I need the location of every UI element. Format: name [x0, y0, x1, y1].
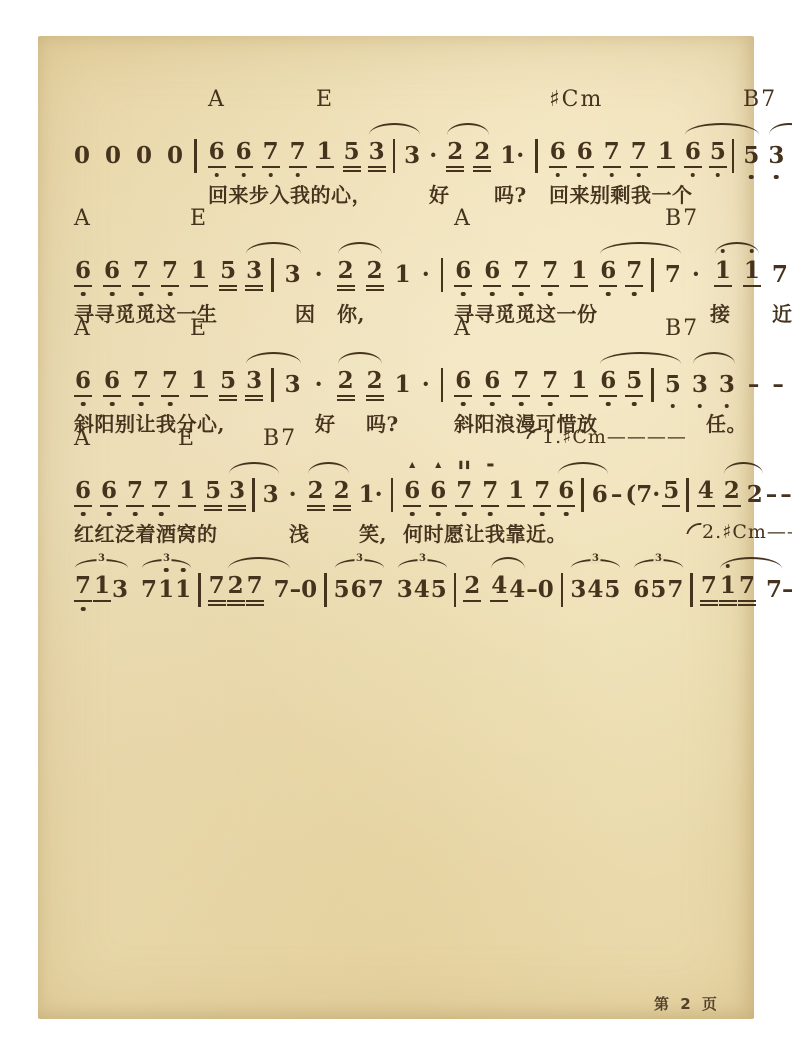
note-token: 7 [141, 577, 157, 602]
chord-label: A [74, 207, 92, 231]
note-token: 0 [167, 143, 183, 168]
low-octave-dot-icon [214, 173, 219, 178]
note-token: – [766, 482, 778, 507]
low-octave-dot-icon [462, 512, 467, 517]
low-octave-dot-icon [241, 173, 246, 178]
note-token: 7 [161, 258, 179, 287]
note-token: 7 [665, 262, 681, 287]
slur-arc-icon [246, 352, 301, 364]
page-number: 第 2 页 [654, 997, 720, 1012]
note-token: –0 [526, 577, 554, 602]
low-octave-dot-icon [691, 173, 696, 178]
slur-arc-icon [769, 123, 792, 135]
low-octave-dot-icon [583, 173, 588, 178]
note-token: · [422, 262, 430, 287]
note-token: 5 [219, 368, 237, 397]
note-token: 6 [454, 258, 472, 287]
note-token: 6▲ [429, 478, 447, 507]
barline-icon [441, 258, 444, 292]
note-token: 7 [512, 258, 530, 287]
note-token: 5 [604, 577, 620, 602]
chord-row: 2.♯Cm—— [74, 522, 738, 548]
note-token: 7 [246, 573, 264, 602]
low-octave-dot-icon [716, 173, 721, 178]
ending-label: 1.♯Cm———— [528, 427, 687, 448]
low-octave-dot-icon [295, 173, 300, 178]
music-system: AEAB766771533·221·66771677·117寻寻觅觅这一生因你,… [74, 207, 738, 329]
accent-mark-icon: ❚❚ [458, 460, 471, 468]
note-token: 6 [557, 478, 575, 507]
triplet-arc-icon: 3 [335, 559, 384, 568]
high-octave-dot-icon [164, 568, 169, 573]
chord-label: A [454, 317, 472, 341]
note-token: 6 [549, 139, 567, 168]
note-token: 7 [738, 573, 756, 602]
slur-arc-icon [369, 123, 420, 135]
note-token: 7 [512, 368, 530, 397]
note-token: 1· [500, 143, 524, 168]
chord-label: B7 [665, 317, 699, 341]
note-token: 1· [359, 482, 383, 507]
slur-arc-icon [685, 123, 759, 135]
slur-arc-icon [558, 462, 608, 474]
note-token: 4 [414, 577, 430, 602]
barline-icon [535, 139, 538, 173]
high-octave-dot-icon [181, 568, 186, 573]
low-octave-dot-icon [749, 175, 754, 180]
note-token: 2 [227, 573, 245, 602]
note-token: – [780, 482, 792, 507]
low-octave-dot-icon [168, 402, 173, 407]
barline-icon [561, 573, 564, 607]
note-token: 7–0 [274, 577, 318, 602]
chord-label: E [316, 88, 334, 112]
note-token: 0 [136, 143, 152, 168]
note-token: 1 [175, 577, 191, 602]
note-token: 6 [576, 139, 594, 168]
note-token: 6▲ [403, 478, 421, 507]
low-octave-dot-icon [81, 512, 86, 517]
note-token: 1 [507, 478, 525, 507]
chord-label: A [454, 207, 472, 231]
note-token: 1 [190, 258, 208, 287]
note-token: 4 [587, 577, 603, 602]
note-token: 7 [625, 258, 643, 287]
note-token: 7–0 [766, 577, 792, 602]
low-octave-dot-icon [610, 173, 615, 178]
notes-row: 66771533·221·6677165533–– [74, 367, 738, 397]
low-octave-dot-icon [548, 402, 553, 407]
low-octave-dot-icon [461, 402, 466, 407]
note-token: 6 [592, 482, 608, 507]
note-token: · [315, 262, 323, 287]
low-octave-dot-icon [139, 292, 144, 297]
low-octave-dot-icon [81, 402, 86, 407]
chord-label: E [178, 427, 196, 451]
note-token: 3 [245, 368, 263, 397]
notes-row: 66771533·221·66771677·117 [74, 257, 738, 287]
notes-row: 7137117277–0567345244–03456577177–0:6–––… [74, 572, 738, 602]
note-token: 0 [105, 143, 121, 168]
note-token: 3 [263, 482, 279, 507]
note-token: 6 [351, 577, 367, 602]
barline-icon [391, 478, 394, 512]
note-token: 2 [366, 368, 384, 397]
note-token: – [748, 372, 760, 397]
chord-label: B7 [665, 207, 699, 231]
note-token: 6 [74, 258, 92, 287]
note-token: 7 [533, 478, 551, 507]
note-token: 3 [245, 258, 263, 287]
note-token: · [422, 372, 430, 397]
note-token: 1 [570, 368, 588, 397]
low-octave-dot-icon [548, 292, 553, 297]
low-octave-dot-icon [110, 402, 115, 407]
note-token: 2 [366, 258, 384, 287]
note-token: 7 [630, 139, 648, 168]
triplet-arc-icon: 3 [75, 559, 128, 568]
slur-arc-icon [715, 242, 759, 254]
note-token: 1 [316, 139, 334, 168]
note-token: 7 [208, 573, 226, 602]
note-token: 1 [158, 577, 174, 602]
note-token: 6 [208, 139, 226, 168]
low-octave-dot-icon [490, 292, 495, 297]
note-token: 4 [697, 478, 715, 507]
lyrics-row: 回来步入我的心，好吗?回来别剩我一个人。 [74, 182, 738, 210]
slur-arc-icon [447, 123, 489, 135]
note-token: 1 [395, 262, 411, 287]
chord-label: E [190, 317, 208, 341]
barline-icon [393, 139, 396, 173]
slur-arc-icon [228, 557, 290, 569]
low-octave-dot-icon [556, 173, 561, 178]
low-octave-dot-icon [774, 175, 779, 180]
low-octave-dot-icon [698, 404, 703, 409]
lyric-segment: 吗? [494, 182, 527, 208]
slur-arc-icon [246, 242, 301, 254]
note-token: 7 [132, 368, 150, 397]
chord-label: A [74, 427, 92, 451]
accent-mark-icon: ▲ [409, 460, 415, 468]
low-octave-dot-icon [159, 512, 164, 517]
barline-icon [441, 368, 444, 402]
barline-icon [690, 573, 693, 607]
note-token: 2 [747, 482, 763, 507]
note-token: 4 [509, 577, 525, 602]
chord-label: B7 [743, 88, 777, 112]
low-octave-dot-icon [540, 512, 545, 517]
note-token: 2 [333, 478, 351, 507]
note-token: 1 [93, 573, 111, 602]
low-octave-dot-icon [725, 404, 730, 409]
note-token: 7 [161, 368, 179, 397]
low-octave-dot-icon [490, 402, 495, 407]
note-token: 4 [490, 573, 508, 602]
note-token: 5 [343, 139, 361, 168]
chord-label: ♯Cm [549, 88, 603, 112]
note-token: 5 [650, 577, 666, 602]
low-octave-dot-icon [564, 512, 569, 517]
low-octave-dot-icon [632, 402, 637, 407]
low-octave-dot-icon [606, 292, 611, 297]
note-token: 7 [368, 577, 384, 602]
note-token: 6 [74, 478, 92, 507]
note-token: 2 [337, 258, 355, 287]
note-token: 5 [219, 258, 237, 287]
barline-icon [252, 478, 255, 512]
low-octave-dot-icon [107, 512, 112, 517]
note-token: 7 [541, 258, 559, 287]
chord-row: AEAB7 [74, 317, 738, 343]
note-token: · [692, 262, 700, 287]
chord-row: AEB71.♯Cm———— [74, 427, 738, 453]
note-token: 7❚❚ [455, 478, 473, 507]
note-token: 7▬ [481, 478, 499, 507]
note-token: 6 [235, 139, 253, 168]
low-octave-dot-icon [110, 292, 115, 297]
slur-arc-icon [229, 462, 279, 474]
ending-label: 2.♯Cm—— [688, 522, 792, 543]
note-token: 3 [570, 577, 586, 602]
note-token: · [315, 372, 323, 397]
slur-arc-icon [338, 352, 382, 364]
note-token: 5 [709, 139, 727, 168]
note-token: 6 [684, 139, 702, 168]
notes-row: 66771533·221·6▲6▲7❚❚7▬1766–(7·5422–– [74, 477, 738, 507]
note-token: 3 [228, 478, 246, 507]
triplet-arc-icon: 3 [571, 559, 620, 568]
music-system: AEAB766771533·221·6677165533––斜阳别让我分心,好吗… [74, 317, 738, 439]
lyric-segment: 近, [772, 301, 792, 327]
chord-row: AEAB7 [74, 207, 738, 233]
chord-row: AE♯CmB7 [74, 88, 738, 114]
low-octave-dot-icon [637, 173, 642, 178]
accent-mark-icon: ▬ [486, 460, 494, 468]
note-token: 5 [665, 372, 681, 397]
music-system: AE♯CmB7000066771533·221·6677165533––回来步入… [74, 88, 738, 210]
slur-arc-icon [491, 557, 525, 569]
barline-icon [651, 368, 654, 402]
slur-arc-icon [600, 352, 681, 364]
barline-icon [194, 139, 197, 173]
low-octave-dot-icon [519, 402, 524, 407]
low-octave-dot-icon [632, 292, 637, 297]
low-octave-dot-icon [81, 292, 86, 297]
slur-arc-icon [338, 242, 382, 254]
note-token: 6 [103, 368, 121, 397]
low-octave-dot-icon [133, 512, 138, 517]
low-octave-dot-icon [488, 512, 493, 517]
note-token: 7 [132, 258, 150, 287]
note-token: 2 [446, 139, 464, 168]
note-token: 3 [719, 372, 735, 397]
note-token: 5 [662, 478, 680, 507]
chord-label: A [74, 317, 92, 341]
note-token: 1 [190, 368, 208, 397]
low-octave-dot-icon [410, 512, 415, 517]
note-token: 1 [178, 478, 196, 507]
note-token: 7 [667, 577, 683, 602]
barline-icon [651, 258, 654, 292]
lyric-segment: 回来步入我的心， [208, 182, 372, 208]
chord-label: B7 [263, 427, 297, 451]
note-token: 6 [633, 577, 649, 602]
low-octave-dot-icon [268, 173, 273, 178]
slur-arc-icon [600, 242, 681, 254]
note-token: 3 [397, 577, 413, 602]
note-token: – [611, 482, 623, 507]
music-system: 2.♯Cm——7137117277–0567345244–03456577177… [74, 522, 738, 644]
barline-icon [686, 478, 689, 512]
slur-arc-icon [693, 352, 735, 364]
barline-icon [732, 139, 735, 173]
note-token: 7 [262, 139, 280, 168]
barline-icon [271, 258, 274, 292]
barline-icon [581, 478, 584, 512]
accent-mark-icon: ▲ [435, 460, 441, 468]
low-octave-dot-icon [606, 402, 611, 407]
barline-icon [454, 573, 457, 607]
note-token: 7 [74, 573, 92, 602]
note-token: 5 [431, 577, 447, 602]
lyric-segment: 好 [429, 182, 450, 208]
slur-arc-icon [308, 462, 349, 474]
note-token: 1 [719, 573, 737, 602]
triplet-arc-icon: 3 [142, 559, 191, 568]
note-token: – [772, 372, 784, 397]
chord-label: A [208, 88, 226, 112]
note-token: 7 [152, 478, 170, 507]
note-token: 6 [483, 258, 501, 287]
note-token: 7 [126, 478, 144, 507]
page: { "page": { "footer": "第 2 页", "ink_colo… [0, 0, 792, 1055]
note-token: 7 [289, 139, 307, 168]
note-token: 5 [334, 577, 350, 602]
note-token: (7· [625, 482, 660, 507]
note-token: 6 [483, 368, 501, 397]
note-token: 3 [404, 143, 420, 168]
notes-row: 000066771533·221·6677165533–– [74, 138, 738, 168]
low-octave-dot-icon [461, 292, 466, 297]
sheet-music-paper: 第 2 页 AE♯CmB7000066771533·221·6677165533… [38, 36, 754, 1019]
note-token: 3 [285, 262, 301, 287]
note-token: 2 [337, 368, 355, 397]
note-token: 1 [395, 372, 411, 397]
note-token: 1 [570, 258, 588, 287]
barline-icon [198, 573, 201, 607]
lyric-segment: 回来别剩我一个 [549, 182, 693, 208]
triplet-arc-icon: 3 [398, 559, 447, 568]
note-token: 7 [541, 368, 559, 397]
note-token: 7 [700, 573, 718, 602]
triplet-arc-icon: 3 [634, 559, 683, 568]
note-token: 2 [473, 139, 491, 168]
slur-arc-icon [724, 462, 763, 474]
note-token: 6 [100, 478, 118, 507]
note-token: 3 [692, 372, 708, 397]
note-token: 6 [599, 368, 617, 397]
chord-label: E [190, 207, 208, 231]
note-token: 3 [368, 139, 386, 168]
note-token: 0 [74, 143, 90, 168]
barline-icon [324, 573, 327, 607]
note-token: 7 [603, 139, 621, 168]
note-token: · [289, 482, 297, 507]
slur-arc-icon [720, 557, 782, 569]
note-token: 2 [307, 478, 325, 507]
note-token: 5 [743, 143, 759, 168]
note-token: 3 [112, 577, 128, 602]
low-octave-dot-icon [81, 607, 86, 612]
barline-icon [271, 368, 274, 402]
note-token: 3 [768, 143, 784, 168]
note-token: 3 [285, 372, 301, 397]
note-token: 1 [657, 139, 675, 168]
note-token: 7 [772, 262, 788, 287]
note-token: 2 [463, 573, 481, 602]
note-token: 6 [103, 258, 121, 287]
note-token: 6 [454, 368, 472, 397]
note-token: 6 [599, 258, 617, 287]
low-octave-dot-icon [168, 292, 173, 297]
low-octave-dot-icon [519, 292, 524, 297]
note-token: 1 [714, 258, 732, 287]
low-octave-dot-icon [671, 404, 676, 409]
lyrics-row [74, 616, 738, 644]
note-token: 5 [204, 478, 222, 507]
note-token: 2 [723, 478, 741, 507]
low-octave-dot-icon [436, 512, 441, 517]
note-token: 6 [74, 368, 92, 397]
note-token: · [429, 143, 437, 168]
note-token: 1 [743, 258, 761, 287]
note-token: 5 [625, 368, 643, 397]
low-octave-dot-icon [139, 402, 144, 407]
